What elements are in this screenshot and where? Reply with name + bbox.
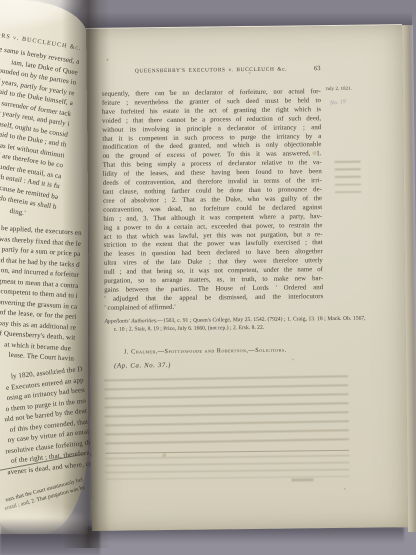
authorities-note: Appellants' Authorities.—1503, c. 91 ; Q… <box>105 316 366 335</box>
authorities-label: Appellants' Authorities. <box>105 318 158 325</box>
showthrough-margin-note <box>335 161 361 193</box>
showthrough-footnote-block <box>105 455 349 480</box>
page-number: 63 <box>314 65 321 72</box>
solicitors-line: J. Chalmer,—Spottiswoode and Robertson,—… <box>124 347 287 356</box>
running-header-title: QUEENSBERRY'S EXECUTORS v. BUCCLEUCH &c. <box>101 66 320 75</box>
running-header: QUEENSBERRY'S EXECUTORS v. BUCCLEUCH &c.… <box>101 66 320 75</box>
margin-date-note: July 2, 1821. <box>326 87 352 92</box>
book-photograph: UTORS v. BUCCLEUCH &c. e same is hereby … <box>0 0 416 555</box>
showthrough-smudge <box>292 478 314 481</box>
showthrough-footnote-rule <box>105 450 349 454</box>
body-text-line: ' complained of affirmed.' <box>104 302 323 314</box>
page-fore-edge <box>402 25 416 532</box>
showthrough-text-block <box>104 375 349 449</box>
right-page: QUEENSBERRY'S EXECUTORS v. BUCCLEUCH &c.… <box>86 24 408 531</box>
pencil-annotation: No. 19 <box>330 99 347 107</box>
case-reference: (Ap. Ca. No. 37.) <box>114 362 171 370</box>
book-gutter-shadow <box>62 0 110 548</box>
body-paragraph: sequently, there can be no declarator of… <box>102 88 324 313</box>
